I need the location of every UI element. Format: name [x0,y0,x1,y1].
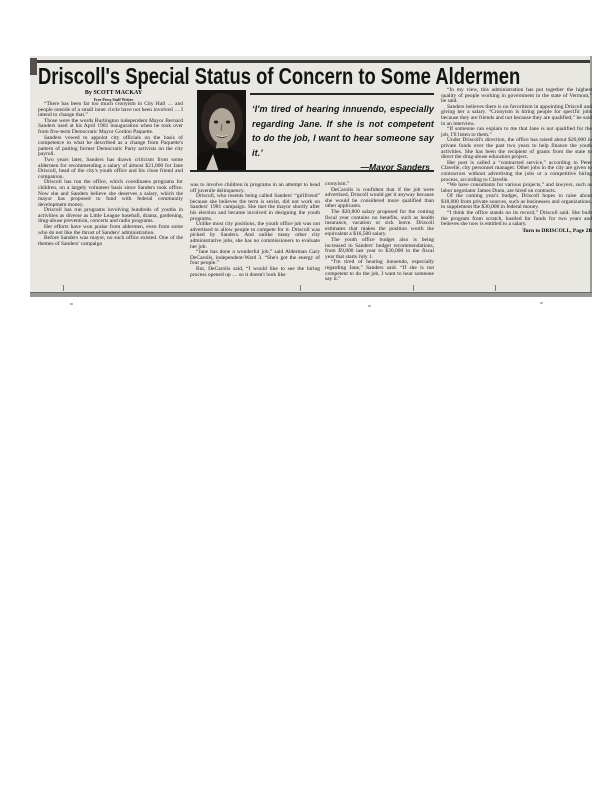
pull-quote: ‘I'm tired of hearing innuendo, especial… [252,102,434,172]
pull-quote-text: ‘I'm tired of hearing innuendo, especial… [252,102,434,160]
article-paragraph: “There has been far too much cronyism in… [38,102,183,119]
article-paragraph: Driscoll has run the office, which coord… [38,180,183,208]
article-paragraph: “Jane has done a wonderful job,” said Al… [190,250,320,267]
article-paragraph: Driscoll has run programs involving hund… [38,208,183,225]
article-paragraph: Of the coming year's budget, Driscoll ho… [441,194,592,211]
continuation-notice: Turn to DRISCOLL, Page 2B [441,228,592,235]
column-4: “In my view, this administration has put… [441,88,592,235]
scan-artifact-top-left [30,58,37,75]
article-paragraph: “I think the office stands on its record… [441,211,592,228]
scanned-newspaper-page: Driscoll's Special Status of Concern to … [0,0,612,792]
newspaper-clipping: Driscoll's Special Status of Concern to … [30,56,592,297]
article-paragraph: Her post is called a “contracted service… [441,161,592,183]
pull-quote-top-rule [250,93,434,95]
column-rule-tick [495,285,496,291]
column-3: cronyism.”DeCarolis is confident that if… [325,182,434,283]
column-2: was to involve children in programs in a… [190,183,320,278]
article-paragraph: The $20,800 salary proposed for the comi… [325,210,434,238]
article-paragraph: Under Driscoll's direction, the office h… [441,138,592,160]
column-1-text: “There has been far too much cronyism in… [38,102,183,247]
driscoll-photo [197,90,246,172]
article-headline: Driscoll's Special Status of Concern to … [38,63,520,89]
column-rule-tick [63,285,64,291]
column-rule-tick [413,285,414,291]
article-paragraph: The youth office budget also is being in… [325,238,434,260]
article-paragraph: Driscoll, who resents being called Sande… [190,194,320,222]
article-paragraph: “I'm tired of hearing innuendo, especial… [325,260,434,282]
scan-speck [540,302,543,304]
scan-speck [70,303,73,305]
byline: By SCOTT MACKAY [38,90,183,97]
article-paragraph: Sanders believes there is no favoritism … [441,105,592,127]
column-4-text: “In my view, this administration has put… [441,88,592,228]
article-paragraph: Unlike most city positions, the youth of… [190,222,320,250]
article-paragraph: Sanders vowed to appoint city officials … [38,136,183,158]
article-paragraph: Two years later, Sanders has drawn criti… [38,158,183,180]
column-1: By SCOTT MACKAY Free Press Staff Writer … [38,90,183,247]
article-paragraph: “In my view, this administration has put… [441,88,592,105]
article-paragraph: Those were the words Burlington independ… [38,119,183,136]
article-paragraph: Before Sanders was mayor, no such office… [38,236,183,247]
woman-portrait-image [197,90,246,172]
article-paragraph: But, DeCarolis said, “I would like to se… [190,267,320,278]
column-rule-tick [300,285,301,291]
bottom-rule [30,292,592,297]
pull-quote-bottom-rule [190,170,434,172]
article-paragraph: DeCarolis is confident that if the job w… [325,188,434,210]
scan-speck [368,305,371,307]
